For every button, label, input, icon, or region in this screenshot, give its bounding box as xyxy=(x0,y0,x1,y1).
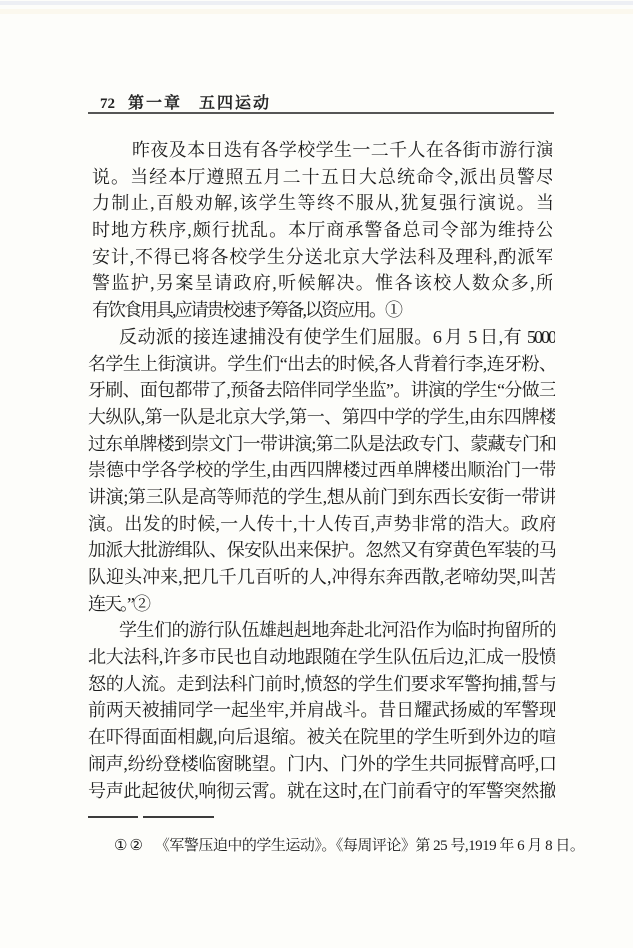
paragraph: 学生们的游行队伍雄赳赳地奔赴北河沿作为临时拘留所的北大法科,许多市民也自动地跟随… xyxy=(88,617,555,804)
footnote: ①②《军警压迫中的学生运动》。《每周评论》第 25 号,1919 年 6 月 8… xyxy=(114,834,584,855)
text-line: 讲演;第三队是高等师范的学生,想从前门到东西长安街一带讲 xyxy=(88,484,555,511)
text-line: 警监护,另案呈请政府,听候解决。惟各该校人数众多,所 xyxy=(92,270,552,297)
footnote-text: 《军警压迫中的学生运动》。《每周评论》第 25 号,1919 年 6 月 8 日… xyxy=(155,838,585,854)
footnote-separator xyxy=(88,816,214,818)
text-line: 加派大批游缉队、保安队出来保护。忽然又有穿黄色军装的马 xyxy=(88,537,555,564)
running-head: 72第一章五四运动 xyxy=(100,90,271,113)
text-line: 时地方秩序,颇行扰乱。本厅商承警备总司令部为维持公 xyxy=(92,217,552,244)
text-line: 反动派的接连逮捕没有使学生们屈服。6 月 5 日,有 5000 xyxy=(88,324,555,351)
text-line: 队迎头冲来,把几千几百听的人,冲得东奔西散,老啼幼哭,叫苦 xyxy=(88,564,555,591)
page-number: 72 xyxy=(100,96,115,112)
text-line: 学生们的游行队伍雄赳赳地奔赴北河沿作为临时拘留所的 xyxy=(88,617,555,644)
header-rule xyxy=(88,112,554,114)
text-line: 说。当经本厅遵照五月二十五日大总统命令,派出员警尽 xyxy=(92,164,552,191)
text-line: 演。出发的时候,一人传十,十人传百,声势非常的浩大。政府 xyxy=(88,511,555,538)
footnote-markers: ①② xyxy=(114,838,145,854)
separator-segment xyxy=(88,816,138,818)
chapter-title: 五四运动 xyxy=(199,95,271,112)
scan-artifact-strip xyxy=(0,1,633,5)
chapter-label: 第一章 xyxy=(128,95,182,112)
text-line: 安计,不得已将各校学生分送北京大学法科及理科,酌派军 xyxy=(92,244,552,271)
paragraph: 反动派的接连逮捕没有使学生们屈服。6 月 5 日,有 5000名学生上街演讲。学… xyxy=(88,324,555,618)
text-line: 号声此起彼伏,响彻云霄。就在这时,在门前看守的军警突然撤 xyxy=(88,778,555,805)
text-line: 有饮食用具,应请贵校速予筹备,以资应用。① xyxy=(92,297,552,324)
text-line: 闹声,纷纷登楼临窗眺望。门内、门外的学生共同振臂高呼,口 xyxy=(88,751,555,778)
book-page: 72第一章五四运动 昨夜及本日迭有各学校学生一二千人在各街市游行演说。当经本厅遵… xyxy=(0,0,633,948)
text-line: 牙刷、面包都带了,预备去陪伴同学坐监”。讲演的学生“分做三 xyxy=(88,377,555,404)
text-line: 北大法科,许多市民也自动地跟随在学生队伍后边,汇成一股愤 xyxy=(88,644,555,671)
text-line: 力制止,百般劝解,该学生等终不服从,犹复强行演说。当 xyxy=(92,190,552,217)
body-text: 昨夜及本日迭有各学校学生一二千人在各街市游行演说。当经本厅遵照五月二十五日大总统… xyxy=(88,137,555,804)
separator-segment xyxy=(143,816,214,818)
scan-artifact-strip xyxy=(0,9,633,14)
text-line: 怒的人流。走到法科门前时,愤怒的学生们要求军警拘捕,誓与 xyxy=(88,671,555,698)
block-quote: 昨夜及本日迭有各学校学生一二千人在各街市游行演说。当经本厅遵照五月二十五日大总统… xyxy=(88,137,555,324)
text-line: 过东单牌楼到崇文门一带讲演;第二队是法政专门、蒙藏专门和 xyxy=(88,431,555,458)
text-line: 在吓得面面相觑,向后退缩。被关在院里的学生听到外边的喧 xyxy=(88,724,555,751)
text-line: 昨夜及本日迭有各学校学生一二千人在各街市游行演 xyxy=(92,137,552,164)
text-line: 连天。”② xyxy=(88,591,555,618)
text-line: 名学生上街演讲。学生们“出去的时候,各人背着行李,连牙粉、 xyxy=(88,351,555,378)
text-line: 崇德中学各学校的学生,由西四牌楼过西单牌楼出顺治门一带 xyxy=(88,457,555,484)
text-line: 前两天被捕同学一起坐牢,并肩战斗。昔日耀武扬威的军警现 xyxy=(88,697,555,724)
text-line: 大纵队,第一队是北京大学,第一、第四中学的学生,由东四牌楼 xyxy=(88,404,555,431)
